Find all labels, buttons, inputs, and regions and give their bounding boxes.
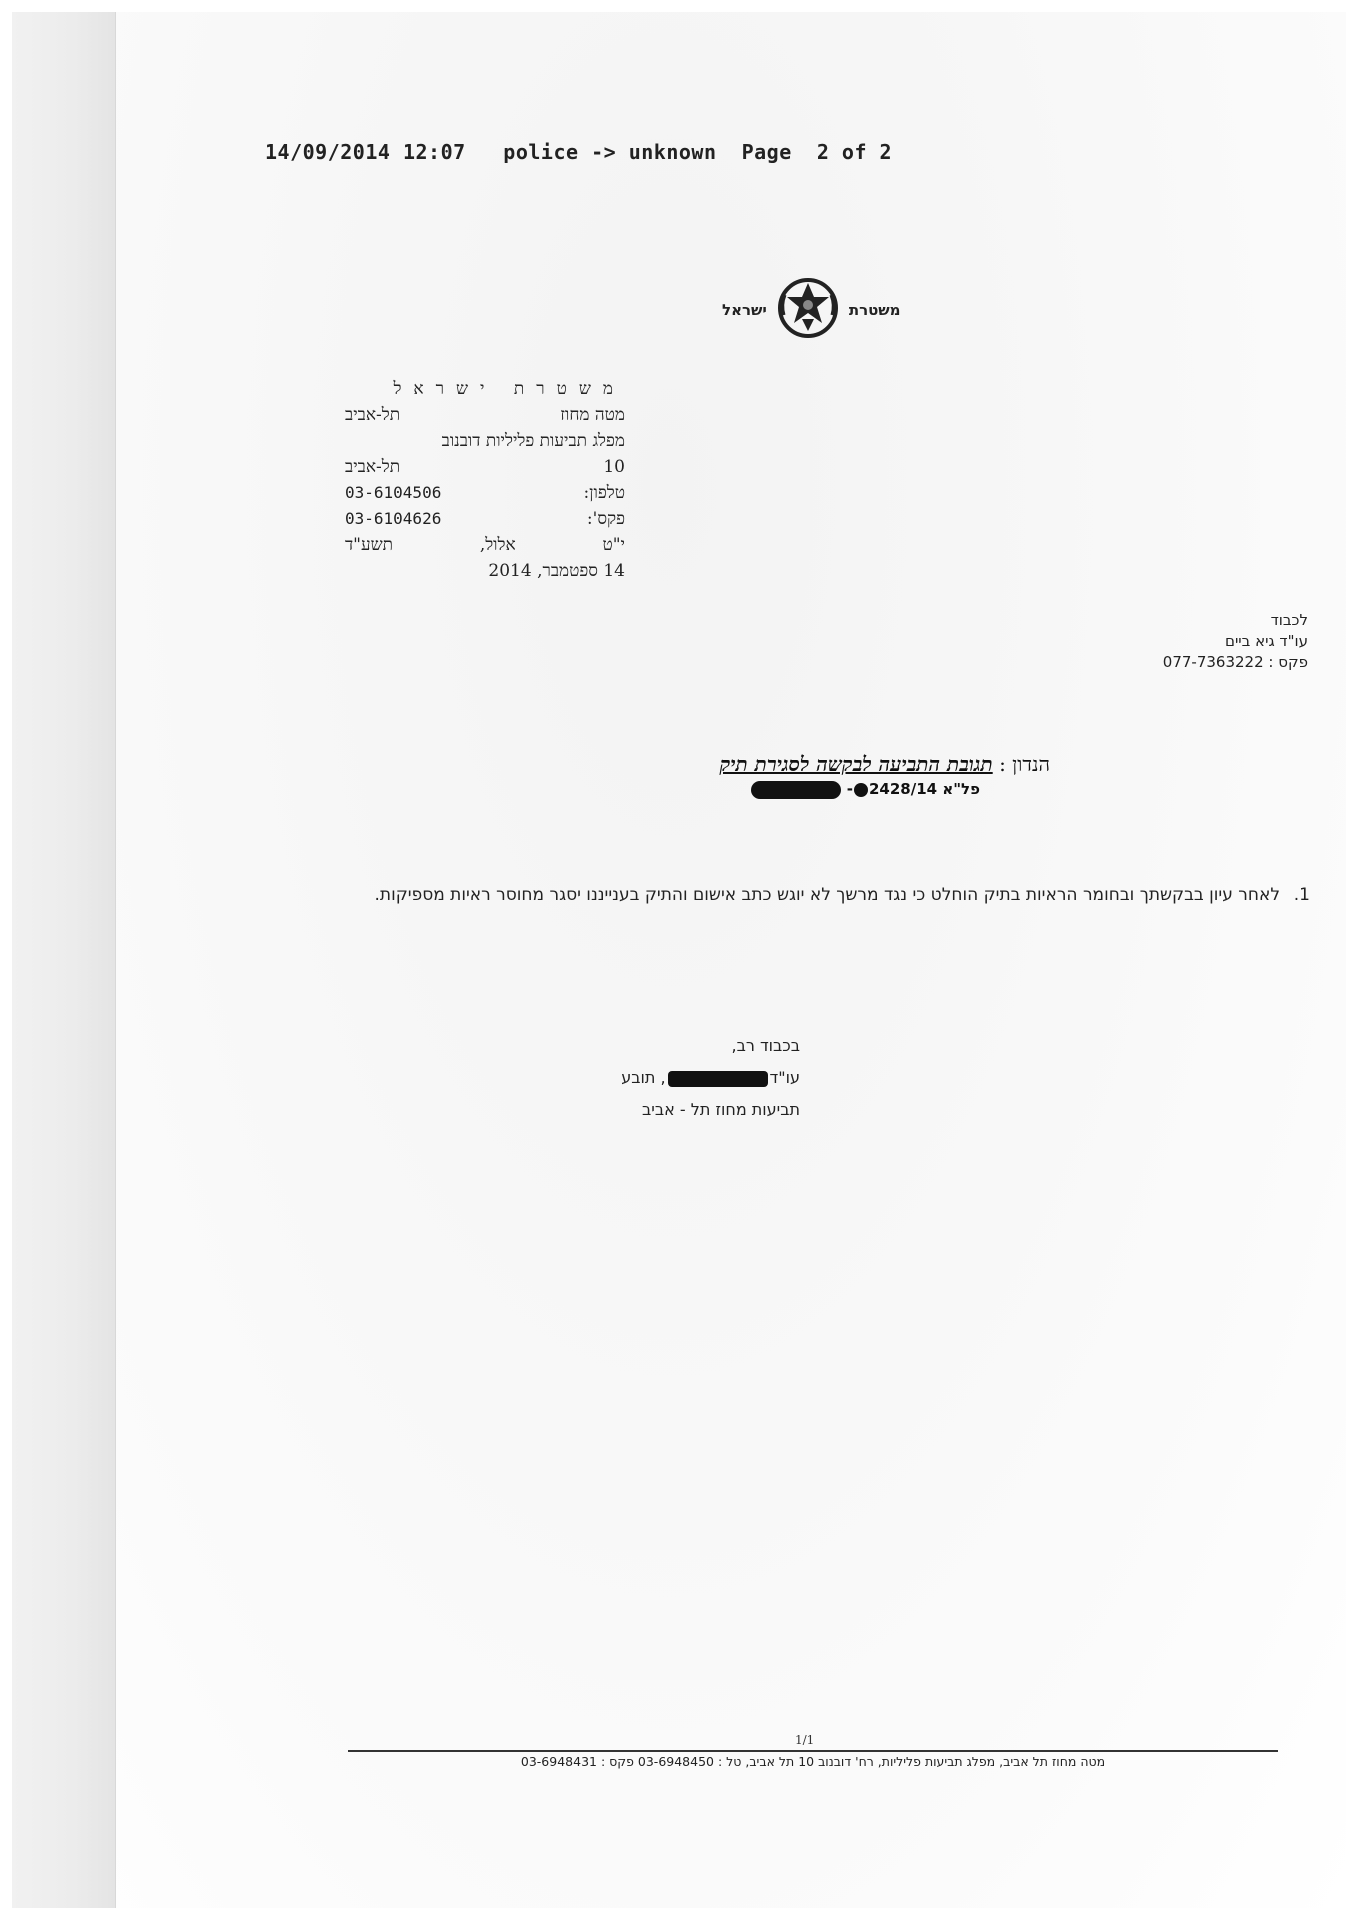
redaction-mark [668,1071,768,1087]
sender-fax: פקס': 03-6104626 [345,506,625,532]
sender-org: משטרת ישראל [345,376,625,402]
scan-edge-strip [12,12,116,1908]
subject-line: הנדון : תגובת התביעה לבקשה לסגירת תיק [600,752,1050,777]
case-ref-number: 2428/14 [869,780,937,798]
fax-datetime: 14/09/2014 12:07 [265,140,466,164]
fax-page-label: Page [742,140,792,164]
sender-unit: מפלג תביעות פליליות דובנוב [345,428,625,454]
paragraph-number: 1. [1294,878,1310,912]
recipient-salutation: לכבוד [1068,610,1308,631]
sender-gregorian-date: 14 ספטמבר, 2014 [345,558,625,584]
sender-hebrew-date: י"ט אלול, תשע"ד [345,532,625,558]
logo-word-right: משטרת [849,301,901,319]
footer-page-indicator: 1/1 [795,1733,814,1747]
recipient-name: עו"ד גיא ביים [1068,631,1308,652]
case-ref-prefix: פל"א [942,780,980,798]
closing-regards: בכבוד רב, [560,1030,800,1062]
subject-title: תגובת התביעה לבקשה לסגירת תיק [720,752,993,776]
fax-header: 14/09/2014 12:07 police -> unknown Page … [265,140,892,164]
closing-unit: תביעות מחוז תל - אביב [560,1094,800,1126]
police-star-emblem-icon [775,275,841,345]
case-reference: פל"א 2428/14- [660,780,980,808]
closing-block: בכבוד רב, עו"ד, תובע תביעות מחוז תל - אב… [560,1030,800,1126]
sender-address: 10 תל-אביב [345,454,625,480]
fax-page-number: 2 of 2 [817,140,892,164]
logo-word-left: ישראל [722,301,767,319]
sender-block: משטרת ישראל מטה מחוז תל-אביב מפלג תביעות… [345,376,625,584]
redaction-mark [751,781,841,799]
sender-district: מטה מחוז תל-אביב [345,402,625,428]
footer-divider [348,1750,1278,1752]
paragraph-text: לאחר עיון בבקשתך ובחומר הראיות בתיק הוחל… [375,885,1280,905]
body-paragraph: 1. לאחר עיון בבקשתך ובחומר הראיות בתיק ה… [350,878,1280,912]
closing-signer: עו"ד, תובע [560,1062,800,1094]
police-logo: ישראל משטרת [722,270,901,350]
recipient-block: לכבוד עו"ד גיא ביים פקס : 077-7363222 [1068,610,1308,673]
footer-address: מטה מחוז תל אביב, מפלג תביעות פליליות, ר… [348,1754,1278,1769]
recipient-fax: פקס : 077-7363222 [1068,652,1308,673]
sender-phone: טלפון: 03-6104506 [345,480,625,506]
subject-label: הנדון : [999,752,1050,776]
redaction-mark [854,783,868,797]
fax-route: police -> unknown [503,140,716,164]
